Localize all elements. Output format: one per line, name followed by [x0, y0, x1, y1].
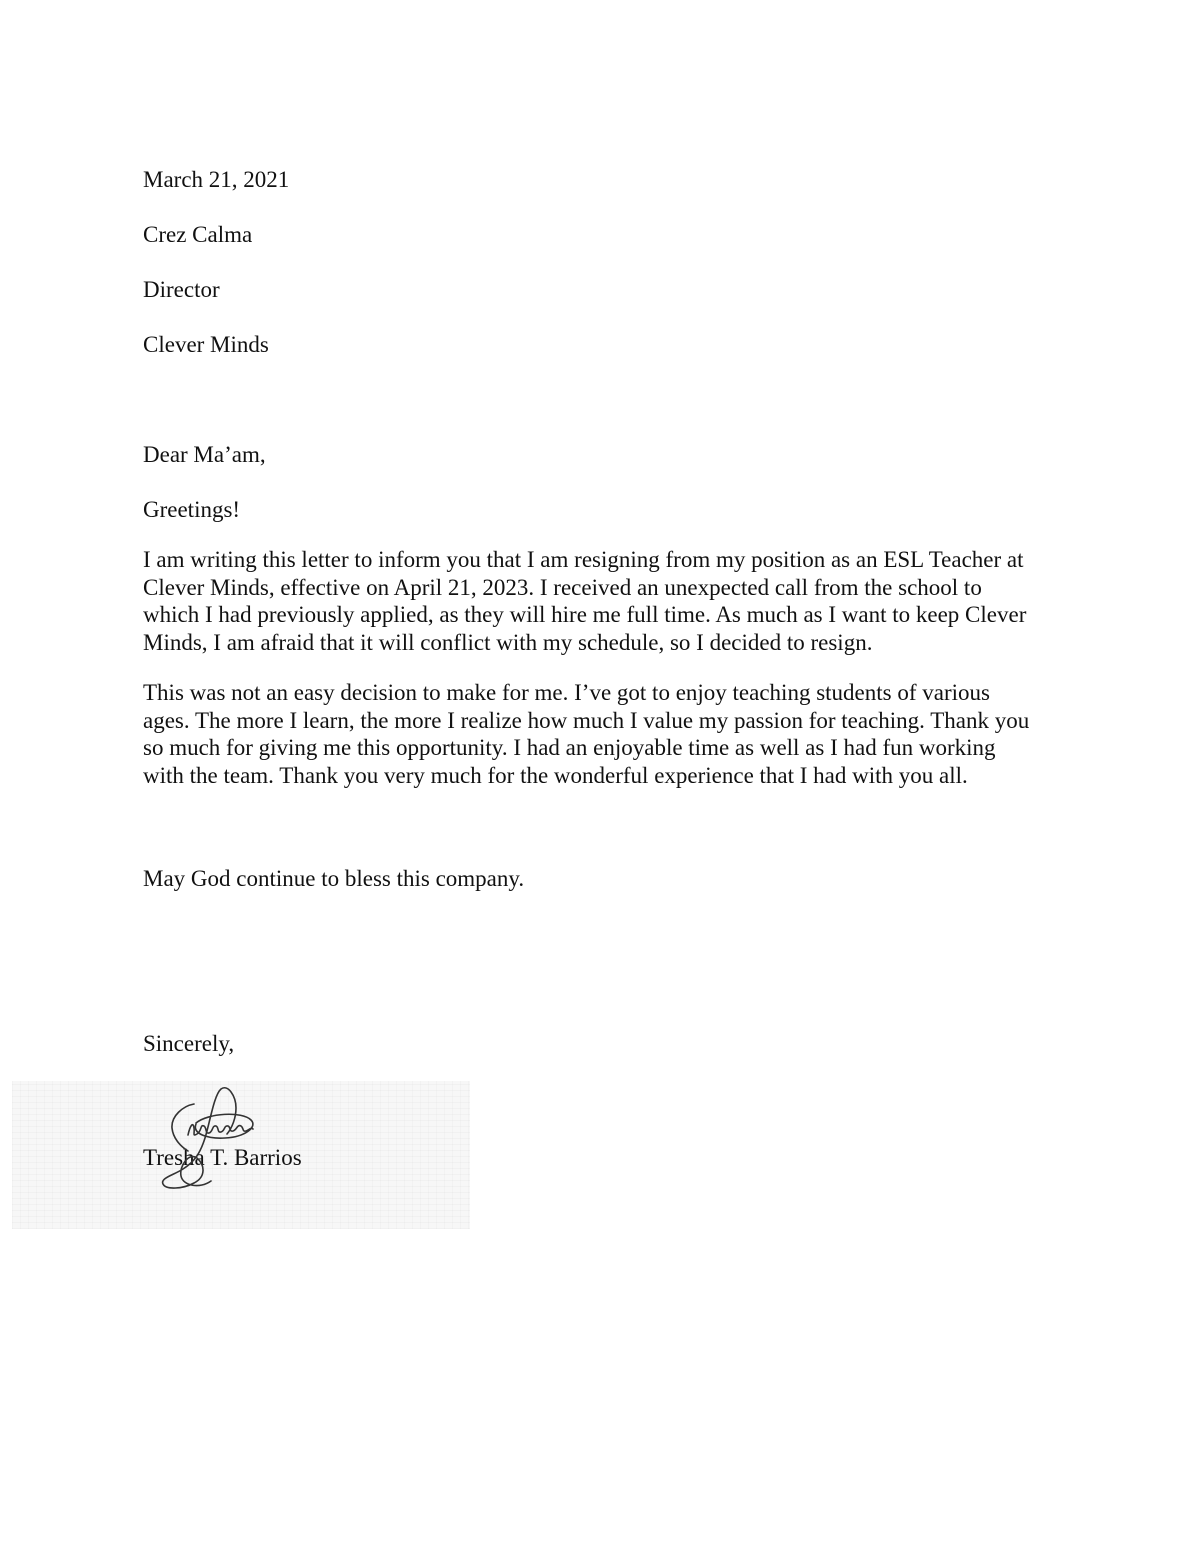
greeting: Greetings!: [143, 496, 1083, 524]
recipient-title: Director: [143, 276, 1083, 304]
closing: Sincerely,: [143, 1030, 1083, 1058]
paragraph-line: which I had previously applied, as they …: [143, 601, 1083, 629]
paragraph-line: so much for giving me this opportunity. …: [143, 734, 1083, 762]
paragraph-line: ages. The more I learn, the more I reali…: [143, 707, 1083, 735]
paragraph-gratitude: This was not an easy decision to make fo…: [143, 679, 1083, 789]
recipient-company: Clever Minds: [143, 331, 1083, 359]
paragraph-resignation: I am writing this letter to inform you t…: [143, 546, 1083, 656]
signature-scribble: [150, 1082, 260, 1197]
paragraph-line: I am writing this letter to inform you t…: [143, 546, 1083, 574]
paragraph-line: Clever Minds, effective on April 21, 202…: [143, 574, 1083, 602]
blessing: May God continue to bless this company.: [143, 865, 1083, 893]
signature-name: Tresha T. Barrios: [143, 1144, 1083, 1172]
recipient-name: Crez Calma: [143, 221, 1083, 249]
paragraph-line: with the team. Thank you very much for t…: [143, 762, 1083, 790]
letter-body: March 21, 2021 Crez Calma Director Cleve…: [143, 166, 1083, 1172]
paragraph-line: Minds, I am afraid that it will conflict…: [143, 629, 1083, 657]
letter-date: March 21, 2021: [143, 166, 1083, 194]
letter-page: { "page": { "background": "#ffffff", "te…: [0, 0, 1200, 1553]
salutation: Dear Ma’am,: [143, 441, 1083, 469]
paragraph-line: This was not an easy decision to make fo…: [143, 679, 1083, 707]
